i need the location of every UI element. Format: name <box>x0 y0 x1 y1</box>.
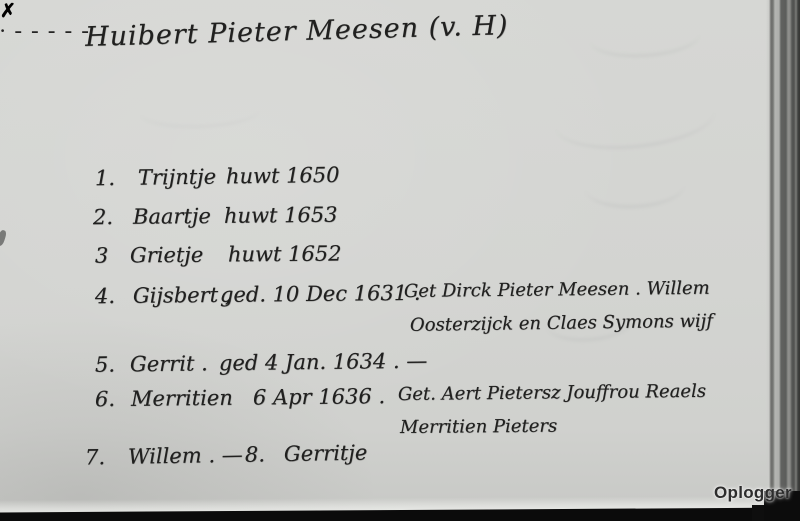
bleedthrough-mark <box>552 82 717 156</box>
child-entry-row-1: 1. Trijntje huwt 1650 <box>0 156 800 201</box>
child-number: 4. <box>95 284 115 308</box>
baptism-witnesses-line: Oosterzijck en Claes Symons wijf <box>410 311 713 336</box>
child-number: 8. <box>245 442 265 466</box>
child-number: 2. <box>93 205 113 229</box>
child-name: Gerrit . <box>130 351 208 376</box>
baptism-witnesses-line: Merritien Pieters <box>400 416 557 438</box>
child-number: 3 <box>95 244 109 268</box>
child-name: Gijsbert , <box>133 283 232 308</box>
child-name: Trijntje <box>138 165 217 190</box>
child-number: 1. <box>95 166 115 190</box>
child-detail: huwt 1653 <box>224 203 338 228</box>
child-name: Gerritje <box>284 441 368 466</box>
child-detail: 6 Apr 1636 . <box>253 384 385 409</box>
book-page-edge-stripes <box>766 0 800 521</box>
child-detail: ged. 10 Dec 1631 . <box>220 281 421 307</box>
child-detail: huwt 1652 <box>228 242 342 267</box>
child-number: 5. <box>95 352 115 376</box>
scanned-document-page: Huibert Pieter Meesen (v. H) ✗ · – – – –… <box>0 0 800 521</box>
child-name: Willem . — <box>128 443 243 469</box>
child-number: 7. <box>85 445 105 469</box>
child-entry-row-2: 2. Baartje huwt 1653 <box>0 198 800 240</box>
child-entry-row-3: 3 Grietje huwt 1652 <box>0 238 800 279</box>
child-number: 6. <box>95 387 115 411</box>
child-detail: huwt 1650 <box>226 163 340 189</box>
child-name: Baartje <box>133 204 211 229</box>
oplogger-watermark: Oplogger <box>714 483 792 503</box>
child-name: Grietje <box>130 243 204 268</box>
child-name: Merritien <box>131 386 233 411</box>
child-detail: ged 4 Jan. 1634 . — <box>219 349 428 376</box>
bleedthrough-mark <box>139 93 260 130</box>
baptism-witnesses-line: Get Dirck Pieter Meesen . Willem <box>404 278 710 302</box>
baptism-witnesses-line: Get. Aert Pietersz Jouffrou Reaels <box>398 381 706 405</box>
